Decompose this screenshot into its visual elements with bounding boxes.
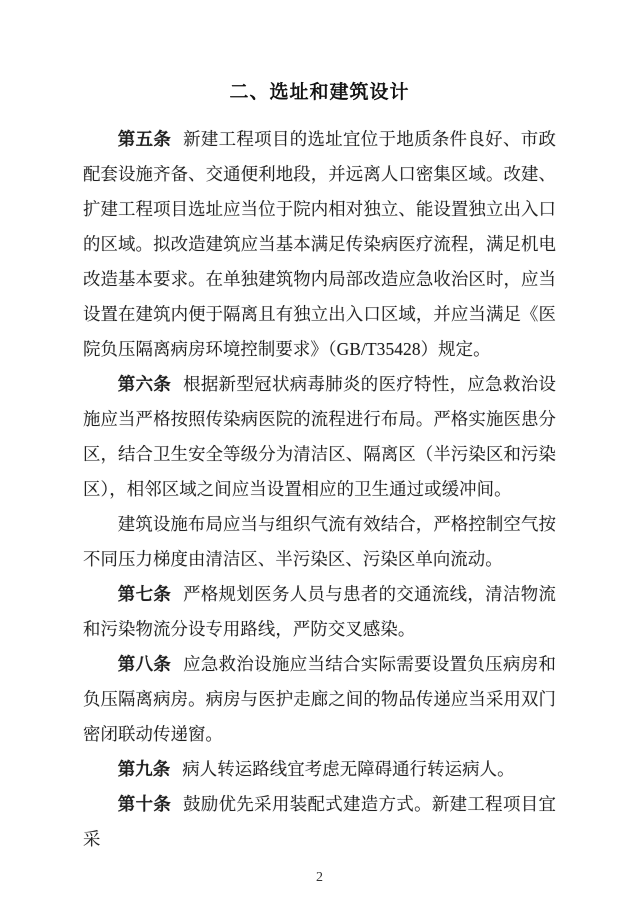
paragraph-article-7: 第七条严格规划医务人员与患者的交通流线，清洁物流和污染物流分设专用路线，严防交叉…	[83, 577, 556, 647]
article-10-label: 第十条	[118, 794, 171, 814]
paragraph-layout-airflow: 建筑设施布局应当与组织气流有效结合，严格控制空气按不同压力梯度由清洁区、半污染区…	[83, 507, 556, 577]
article-5-label: 第五条	[118, 129, 171, 149]
paragraph-article-8: 第八条应急救治设施应当结合实际需要设置负压病房和负压隔离病房。病房与医护走廊之间…	[83, 647, 556, 752]
page-number: 2	[83, 869, 556, 887]
document-page: 二、选址和建筑设计 第五条新建工程项目的选址宜位于地质条件良好、市政配套设施齐备…	[0, 0, 640, 905]
article-9-text: 病人转运路线宜考虑无障碍通行转运病人。	[182, 759, 514, 779]
paragraph-article-5: 第五条新建工程项目的选址宜位于地质条件良好、市政配套设施齐备、交通便利地段，并远…	[83, 122, 556, 367]
article-9-label: 第九条	[118, 759, 170, 779]
layout-airflow-text: 建筑设施布局应当与组织气流有效结合，严格控制空气按不同压力梯度由清洁区、半污染区…	[83, 514, 556, 569]
article-8-label: 第八条	[118, 654, 171, 674]
article-6-label: 第六条	[118, 374, 171, 394]
paragraph-article-6: 第六条根据新型冠状病毒肺炎的医疗特性，应急救治设施应当严格按照传染病医院的流程进…	[83, 367, 556, 507]
paragraph-article-10: 第十条鼓励优先采用装配式建造方式。新建工程项目宜采	[83, 787, 556, 857]
paragraph-article-9: 第九条病人转运路线宜考虑无障碍通行转运病人。	[83, 752, 556, 787]
article-7-label: 第七条	[118, 584, 171, 604]
section-title: 二、选址和建筑设计	[83, 78, 556, 108]
article-5-text: 新建工程项目的选址宜位于地质条件良好、市政配套设施齐备、交通便利地段，并远离人口…	[83, 129, 556, 359]
